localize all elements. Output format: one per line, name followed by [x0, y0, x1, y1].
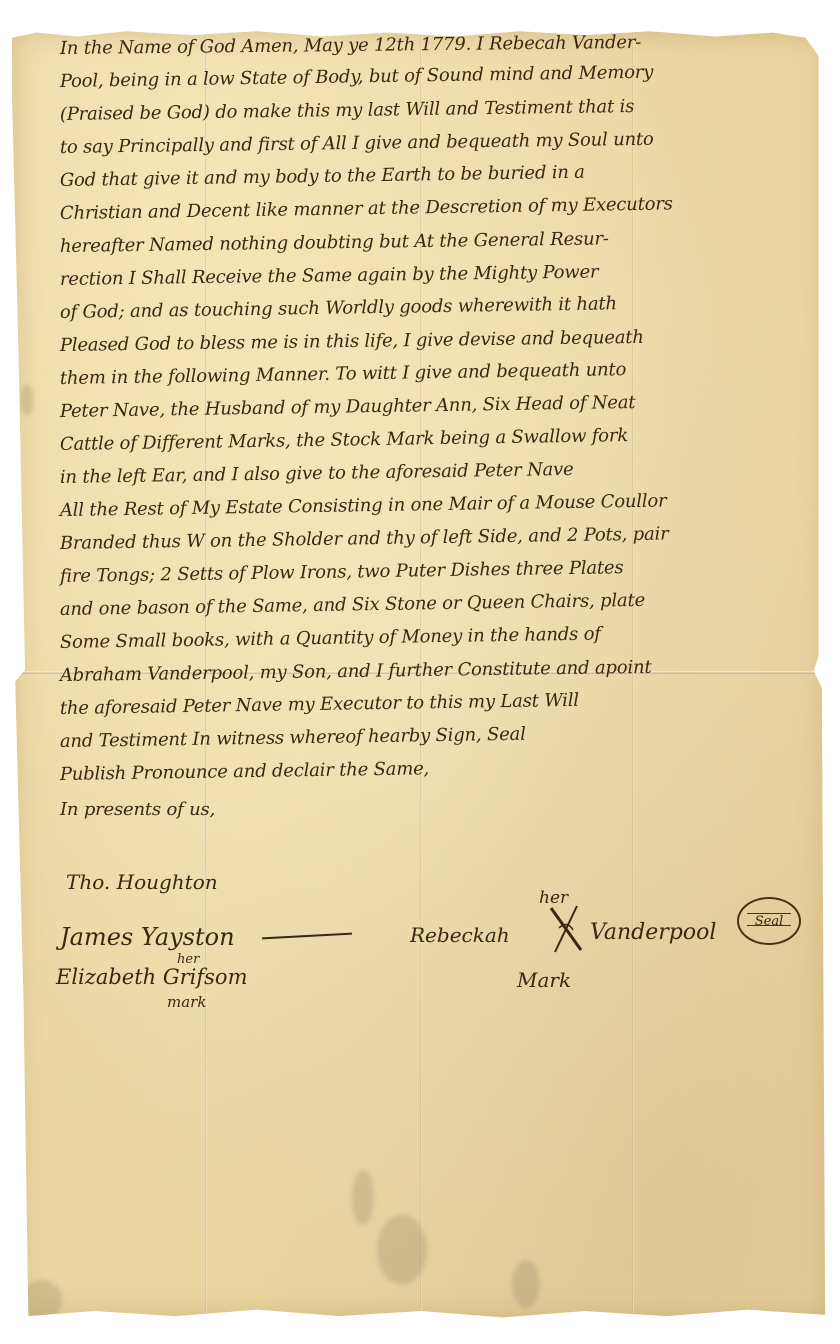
wax-seal-icon: Seal [737, 897, 801, 945]
witness-mark-label-mark: mark [167, 993, 206, 1011]
signature-underline [262, 933, 352, 940]
testator-first-name: Rebeckah [410, 923, 510, 947]
signature-block: Tho. Houghton James Yayston her Elizabet… [12, 30, 830, 1320]
witness-signature-yayston: James Yayston [60, 923, 235, 951]
document-paper: In the Name of God Amen, May ye 12th 177… [12, 30, 830, 1320]
testator-last-name: Vanderpool [590, 920, 716, 945]
witness-signature-grifsom: Elizabeth Grifsom [56, 965, 248, 989]
testator-mark-label-mark: Mark [517, 968, 571, 992]
seal-label: Seal [755, 914, 784, 929]
testator-x-mark-icon [547, 900, 587, 960]
witness-signature-houghton: Tho. Houghton [66, 870, 218, 894]
